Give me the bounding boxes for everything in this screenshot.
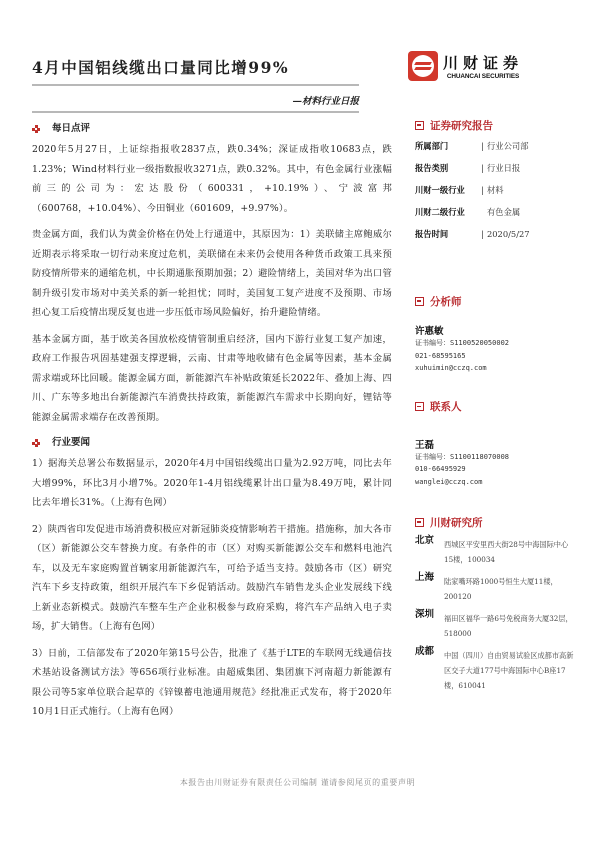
- institute-heading: 川财研究所: [415, 514, 585, 530]
- office-shenzhen: 深圳 福田区福华一路6号免税商务大厦32层，518000: [415, 608, 585, 641]
- office-city: 成都: [415, 645, 444, 693]
- logo-english-name: CHUANCAI SECURITIES: [447, 73, 519, 80]
- diamond-bullet-icon: [32, 439, 40, 447]
- contact-email[interactable]: wanglei@cczq.com: [415, 476, 585, 489]
- meta-value: 有色金属: [487, 206, 520, 218]
- analyst-name: 许惠敏: [415, 323, 585, 337]
- meta-row-date: 报告时间 | 2020/5/27: [415, 223, 585, 245]
- analyst-icon: [415, 297, 424, 306]
- logo-emblem-icon: [408, 51, 438, 81]
- meta-label: 所属部门: [415, 140, 481, 152]
- contact-name: 王磊: [415, 437, 585, 451]
- contact-phone: 010-66495929: [415, 463, 585, 476]
- office-beijing: 北京 西城区平安里西大街28号中海国际中心15楼，100034: [415, 534, 585, 567]
- paragraph: 基本金属方面，基于欧美各国放松疫情管制重启经济，国内下游行业复工复产加速，政府工…: [32, 330, 392, 428]
- contact-heading: 联系人: [415, 399, 585, 415]
- logo-chinese-name: 川财证券: [443, 52, 523, 73]
- title-divider-top: [32, 84, 359, 86]
- analyst-heading: 分析师: [415, 293, 585, 309]
- office-city: 深圳: [415, 608, 444, 641]
- office-address: 中国（四川）自由贸易试验区成都市高新区交子大道177号中海国际中心B座17楼，6…: [444, 648, 576, 693]
- office-address: 西城区平安里西大街28号中海国际中心15楼，100034: [444, 537, 576, 567]
- office-address: 陆家嘴环路1000号恒生大厦11楼，200120: [444, 574, 576, 604]
- report-subtitle: —材料行业日报: [292, 93, 359, 107]
- meta-row-industry-l2: 川财二级行业 有色金属: [415, 201, 585, 223]
- heading-text: 联系人: [430, 399, 462, 414]
- footer-disclaimer: 本报告由川财证券有限责任公司编制 谨请参阅尾页的重要声明: [0, 777, 595, 788]
- analyst-cert: 证书编号：S1100520050002: [415, 337, 585, 350]
- section-heading-industry-news: 行业要闻: [32, 434, 392, 452]
- meta-row-industry-l1: 川财一级行业 | 材料: [415, 179, 585, 201]
- meta-value: 行业日报: [487, 162, 520, 174]
- paragraph: 贵金属方面，我们认为黄金价格在仍处上行通道中，其原因为：1）美联储主席鲍威尔近期…: [32, 225, 392, 323]
- institute-icon: [415, 518, 424, 527]
- report-title: 4月中国铝线缆出口量同比增99%: [32, 56, 289, 78]
- analyst-email[interactable]: xuhuimin@cczq.com: [415, 362, 585, 375]
- heading-text: 分析师: [430, 294, 462, 309]
- meta-label: 报告类别: [415, 162, 481, 174]
- analyst-phone: 021-68595165: [415, 350, 585, 363]
- paragraph: 2020年5月27日，上证综指报收2837点，跌0.34%；深证成指收10683…: [32, 140, 392, 218]
- contact-cert: 证书编号：S1100118070008: [415, 451, 585, 464]
- meta-value: 材料: [487, 184, 504, 196]
- office-address: 福田区福华一路6号免税商务大厦32层，518000: [444, 611, 576, 641]
- main-content: 每日点评 2020年5月27日，上证综指报收2837点，跌0.34%；深证成指收…: [32, 120, 392, 729]
- news-item: 3）日前，工信部发布了2020年第15号公告，批准了《基于LTE的车联网无线通信…: [32, 644, 392, 722]
- office-city: 上海: [415, 571, 444, 604]
- meta-value: 行业公司部: [487, 140, 529, 152]
- contact-icon: [415, 402, 424, 411]
- meta-row-department: 所属部门 | 行业公司部: [415, 135, 585, 157]
- heading-text: 证券研究报告: [430, 118, 493, 133]
- section-heading-daily-review: 每日点评: [32, 120, 392, 138]
- meta-value: 2020/5/27: [487, 229, 530, 239]
- meta-label: 川财一级行业: [415, 184, 481, 196]
- office-shanghai: 上海 陆家嘴环路1000号恒生大厦11楼，200120: [415, 571, 585, 604]
- report-icon: [415, 121, 424, 130]
- diamond-bullet-icon: [32, 125, 40, 133]
- title-divider-bottom: [32, 111, 359, 113]
- heading-text: 川财研究所: [430, 515, 483, 530]
- sidebar: 证券研究报告 所属部门 | 行业公司部 报告类别 | 行业日报 川财一级行业 |…: [415, 117, 585, 693]
- meta-label: 川财二级行业: [415, 206, 481, 218]
- meta-label: 报告时间: [415, 228, 481, 240]
- section-title: 行业要闻: [52, 433, 90, 453]
- office-chengdu: 成都 中国（四川）自由贸易试验区成都市高新区交子大道177号中海国际中心B座17…: [415, 645, 585, 693]
- office-city: 北京: [415, 534, 444, 567]
- meta-row-category: 报告类别 | 行业日报: [415, 157, 585, 179]
- news-item: 1）据海关总署公布数据显示，2020年4月中国铝线缆出口量为2.92万吨，同比去…: [32, 454, 392, 513]
- company-logo: 川财证券 CHUANCAI SECURITIES: [408, 51, 523, 81]
- section-title: 每日点评: [52, 119, 90, 139]
- report-info-heading: 证券研究报告: [415, 117, 585, 133]
- news-item: 2）陕西省印发促进市场消费积极应对新冠肺炎疫情影响若干措施。措施称，加大各市（区…: [32, 520, 392, 637]
